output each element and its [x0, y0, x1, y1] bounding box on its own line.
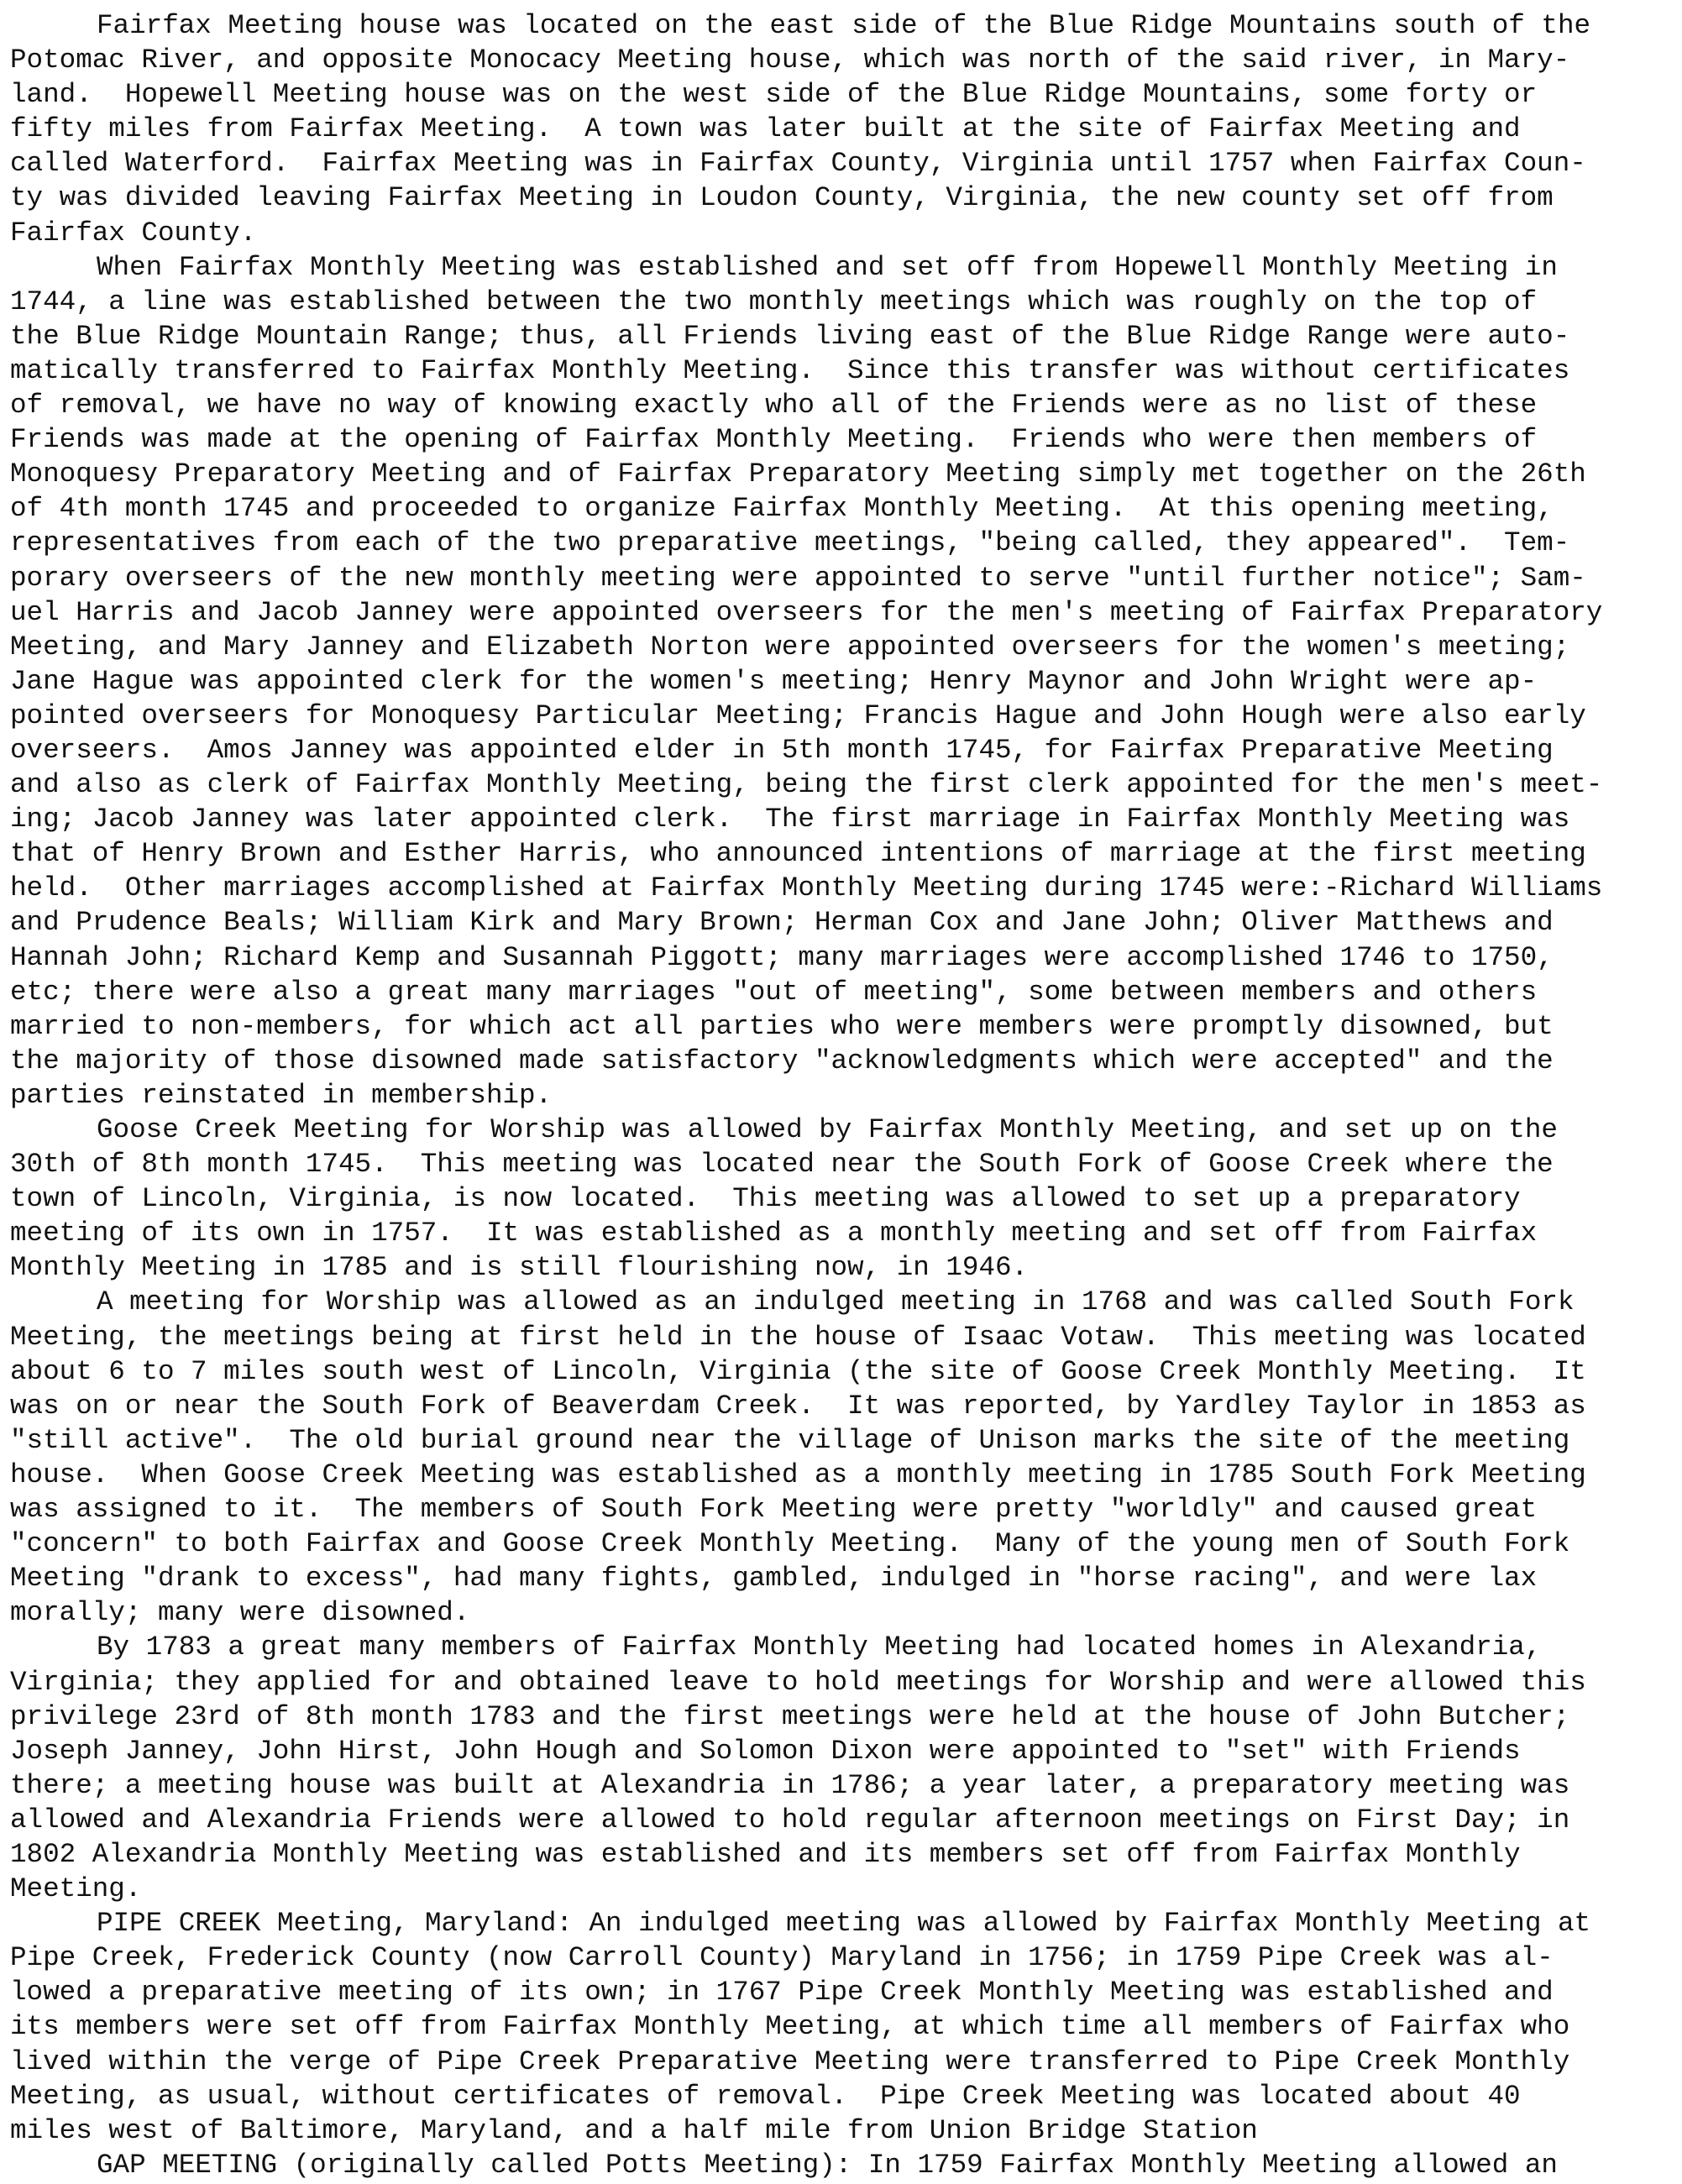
- text-line: lived within the verge of Pipe Creek Pre…: [10, 2045, 1677, 2079]
- text-line: Potomac River, and opposite Monocacy Mee…: [10, 43, 1677, 77]
- text-line: "concern" to both Fairfax and Goose Cree…: [10, 1527, 1677, 1561]
- paragraph: PIPE CREEK Meeting, Maryland: An indulge…: [10, 1906, 1677, 2148]
- text-line: Monoquesy Preparatory Meeting and of Fai…: [10, 457, 1677, 491]
- text-line: house. When Goose Creek Meeting was esta…: [10, 1458, 1677, 1492]
- text-line: town of Lincoln, Virginia, is now locate…: [10, 1181, 1677, 1216]
- text-line: was assigned to it. The members of South…: [10, 1492, 1677, 1527]
- text-line: Virginia; they applied for and obtained …: [10, 1665, 1677, 1700]
- text-line: ing; Jacob Janney was later appointed cl…: [10, 802, 1677, 836]
- text-line: matically transferred to Fairfax Monthly…: [10, 354, 1677, 388]
- text-line: etc; there were also a great many marria…: [10, 975, 1677, 1009]
- text-line: pointed overseers for Monoquesy Particul…: [10, 699, 1677, 733]
- paragraph: Fairfax Meeting house was located on the…: [10, 8, 1677, 250]
- text-line: miles west of Baltimore, Maryland, and a…: [10, 2113, 1677, 2148]
- text-line: called Waterford. Fairfax Meeting was in…: [10, 146, 1677, 181]
- text-line: about 6 to 7 miles south west of Lincoln…: [10, 1354, 1677, 1389]
- text-line: of removal, we have no way of knowing ex…: [10, 388, 1677, 422]
- text-line: overseers. Amos Janney was appointed eld…: [10, 733, 1677, 767]
- paragraph: A meeting for Worship was allowed as an …: [10, 1285, 1677, 1630]
- text-line: that of Henry Brown and Esther Harris, w…: [10, 836, 1677, 871]
- paragraph: Goose Creek Meeting for Worship was allo…: [10, 1113, 1677, 1285]
- paragraph: By 1783 a great many members of Fairfax …: [10, 1630, 1677, 1906]
- text-line: meeting of its own in 1757. It was estab…: [10, 1216, 1677, 1250]
- text-line: of 4th month 1745 and proceeded to organ…: [10, 491, 1677, 526]
- text-line: and Prudence Beals; William Kirk and Mar…: [10, 905, 1677, 940]
- text-line: uel Harris and Jacob Janney were appoint…: [10, 595, 1677, 630]
- text-line: Monthly Meeting in 1785 and is still flo…: [10, 1250, 1677, 1285]
- text-line: Friends was made at the opening of Fairf…: [10, 422, 1677, 457]
- text-line: Meeting, the meetings being at first hel…: [10, 1320, 1677, 1354]
- text-line: land. Hopewell Meeting house was on the …: [10, 77, 1677, 112]
- text-line: the majority of those disowned made sati…: [10, 1044, 1677, 1078]
- text-line: Pipe Creek, Frederick County (now Carrol…: [10, 1940, 1677, 1975]
- text-line: lowed a preparative meeting of its own; …: [10, 1975, 1677, 2009]
- text-line: Joseph Janney, John Hirst, John Hough an…: [10, 1734, 1677, 1768]
- text-line: held. Other marriages accomplished at Fa…: [10, 871, 1677, 905]
- text-line: parties reinstated in membership.: [10, 1078, 1677, 1113]
- text-line: PIPE CREEK Meeting, Maryland: An indulge…: [10, 1906, 1677, 1940]
- text-line: 1802 Alexandria Monthly Meeting was esta…: [10, 1837, 1677, 1872]
- text-line: married to non-members, for which act al…: [10, 1009, 1677, 1044]
- text-line: allowed and Alexandria Friends were allo…: [10, 1803, 1677, 1837]
- paragraph: GAP MEETING (originally called Potts Mee…: [10, 2148, 1677, 2182]
- text-line: privilege 23rd of 8th month 1783 and the…: [10, 1700, 1677, 1734]
- text-line: its members were set off from Fairfax Mo…: [10, 2009, 1677, 2044]
- text-line: Goose Creek Meeting for Worship was allo…: [10, 1113, 1677, 1147]
- text-line: Meeting "drank to excess", had many figh…: [10, 1561, 1677, 1595]
- text-line: Jane Hague was appointed clerk for the w…: [10, 664, 1677, 699]
- text-line: ty was divided leaving Fairfax Meeting i…: [10, 181, 1677, 215]
- text-line: porary overseers of the new monthly meet…: [10, 561, 1677, 595]
- text-line: representatives from each of the two pre…: [10, 526, 1677, 560]
- document-body-text: Fairfax Meeting house was located on the…: [10, 8, 1677, 2182]
- text-line: and also as clerk of Fairfax Monthly Mee…: [10, 767, 1677, 802]
- text-line: fifty miles from Fairfax Meeting. A town…: [10, 112, 1677, 146]
- text-line: Meeting.: [10, 1872, 1677, 1906]
- text-line: Meeting, and Mary Janney and Elizabeth N…: [10, 630, 1677, 664]
- text-line: was on or near the South Fork of Beaverd…: [10, 1389, 1677, 1423]
- text-line: morally; many were disowned.: [10, 1595, 1677, 1630]
- text-line: When Fairfax Monthly Meeting was establi…: [10, 250, 1677, 285]
- text-line: 30th of 8th month 1745. This meeting was…: [10, 1147, 1677, 1181]
- text-line: A meeting for Worship was allowed as an …: [10, 1285, 1677, 1319]
- text-line: Fairfax Meeting house was located on the…: [10, 8, 1677, 43]
- document-page: Fairfax Meeting house was located on the…: [0, 0, 1682, 2184]
- text-line: Fairfax County.: [10, 216, 1677, 250]
- text-line: 1744, a line was established between the…: [10, 285, 1677, 319]
- paragraph: When Fairfax Monthly Meeting was establi…: [10, 250, 1677, 1113]
- text-line: By 1783 a great many members of Fairfax …: [10, 1630, 1677, 1664]
- text-line: GAP MEETING (originally called Potts Mee…: [10, 2148, 1677, 2182]
- text-line: the Blue Ridge Mountain Range; thus, all…: [10, 319, 1677, 354]
- text-line: Meeting, as usual, without certificates …: [10, 2079, 1677, 2113]
- text-line: "still active". The old burial ground ne…: [10, 1423, 1677, 1458]
- text-line: there; a meeting house was built at Alex…: [10, 1768, 1677, 1803]
- text-line: Hannah John; Richard Kemp and Susannah P…: [10, 940, 1677, 975]
